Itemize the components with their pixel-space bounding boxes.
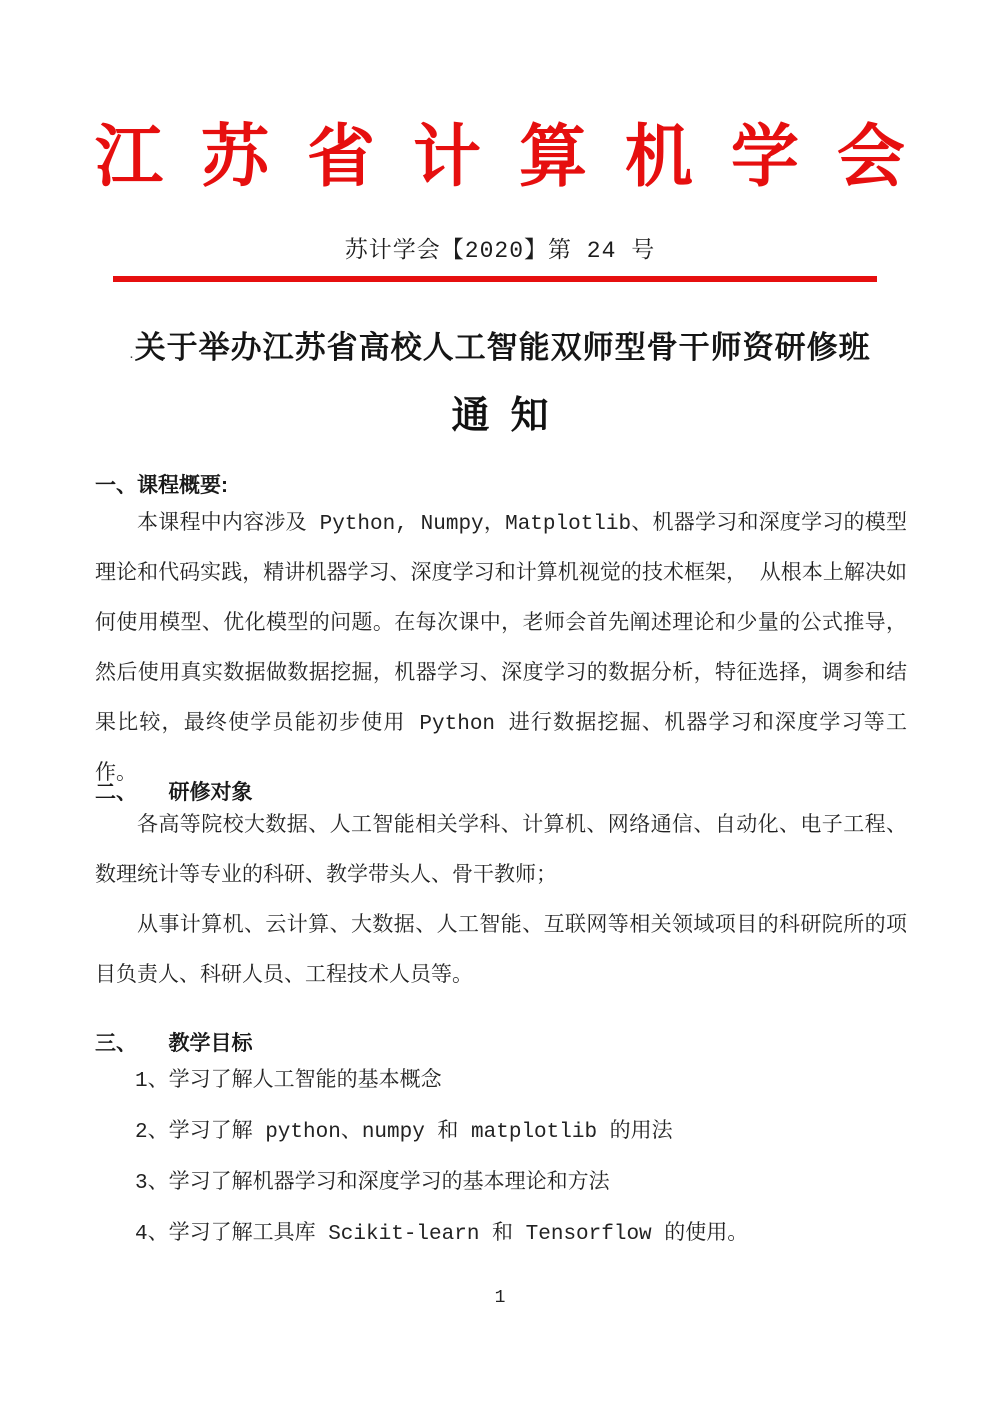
teaching-goal-item-3: 3、学习了解机器学习和深度学习的基本理论和方法 [95,1158,907,1209]
masthead-char: 江 [95,118,163,196]
document-page: 江苏省计算机学会 苏计学会【2020】第 24 号 .关于举办江苏省高校人工智能… [0,0,1000,1414]
page-number: 1 [0,1288,1000,1308]
teaching-goal-item-1: 1、学习了解人工智能的基本概念 [95,1056,907,1107]
masthead-org-name: 江苏省计算机学会 [95,118,905,196]
masthead-char: 算 [519,118,587,196]
teaching-goal-item-2: 2、学习了解 python、numpy 和 matplotlib 的用法 [95,1107,907,1158]
document-number: 苏计学会【2020】第 24 号 [0,231,1000,264]
section-heading-course-overview: 一、课程概要: [95,469,905,499]
notice-title-text: 关于举办江苏省高校人工智能双师型骨干师资研修班 [135,330,871,365]
notice-title: .关于举办江苏省高校人工智能双师型骨干师资研修班 [0,322,1000,367]
notice-subtitle: 通 知 [0,384,1000,439]
teaching-goal-list: 1、学习了解人工智能的基本概念 2、学习了解 python、numpy 和 ma… [95,1056,907,1260]
trainee-target-paragraph-1: 各高等院校大数据、人工智能相关学科、计算机、网络通信、自动化、电子工程、数理统计… [95,802,907,902]
masthead-char: 计 [413,118,481,196]
masthead-char: 学 [731,118,799,196]
trainee-target-paragraph-2: 从事计算机、云计算、大数据、人工智能、互联网等相关领域项目的科研院所的项目负责人… [95,902,907,1002]
masthead-char: 会 [837,118,905,196]
masthead-char: 省 [307,118,375,196]
masthead-divider-rule [113,276,877,282]
masthead-char: 苏 [201,118,269,196]
teaching-goal-item-4: 4、学习了解工具库 Scikit-learn 和 Tensorflow 的使用。 [95,1209,907,1260]
section-heading-teaching-goals: 三、 教学目标 [95,1027,905,1057]
masthead-char: 机 [625,118,693,196]
course-overview-paragraph: 本课程中内容涉及 Python, Numpy，Matplotlib、机器学习和深… [95,500,907,800]
